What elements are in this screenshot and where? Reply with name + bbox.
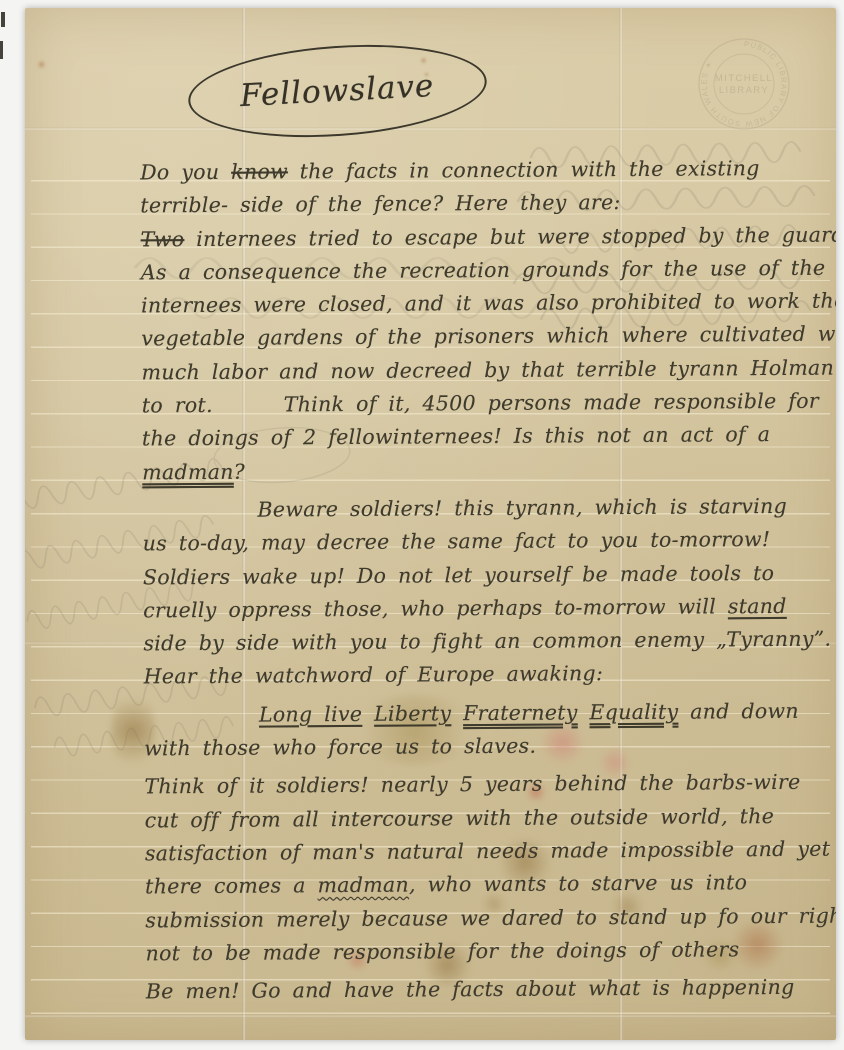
text-segment bbox=[362, 702, 374, 726]
emphasized-word: stand bbox=[728, 594, 787, 618]
text-segment: us to-day, may decree the same fact to y… bbox=[143, 527, 771, 555]
text-segment: satisfaction of man's natural needs made… bbox=[145, 837, 830, 866]
text-segment: much labor and now decreed by that terri… bbox=[141, 355, 834, 384]
letter-line: Beware soldiers! this tyrann, which is s… bbox=[142, 490, 832, 528]
text-segment: ? bbox=[234, 459, 245, 483]
title-ellipse: Fellowslave bbox=[185, 36, 490, 147]
emphasized-word: Fraternety bbox=[463, 700, 578, 725]
fold-crease-horizontal bbox=[25, 127, 836, 131]
letter-line: Two internees tried to escape but were s… bbox=[140, 218, 830, 256]
fold-crease-horizontal bbox=[25, 1014, 836, 1018]
scanned-document-page: { "colors": { "scan_background": "#f4f4f… bbox=[0, 0, 844, 1050]
letter-paragraph: Beware soldiers! this tyrann, which is s… bbox=[142, 490, 833, 695]
letter-line: Hear the watchword of Europe awaking: bbox=[144, 656, 834, 694]
emphasized-word: madman bbox=[142, 459, 234, 484]
letter-line: Long live Liberty Fraternety Equality an… bbox=[144, 694, 834, 732]
letter-line: much labor and now decreed by that terri… bbox=[141, 351, 831, 389]
text-segment: Soldiers wake up! Do not let yourself be… bbox=[143, 561, 774, 589]
emphasized-word: Two bbox=[141, 227, 185, 251]
emphasized-word: Liberty bbox=[374, 701, 451, 726]
page-edge-mark bbox=[0, 41, 3, 59]
text-segment: to rot. Think of it, 4500 persons made r… bbox=[142, 389, 819, 418]
letter-paragraph: Think of it soldiers! nearly 5 years beh… bbox=[144, 766, 835, 971]
text-segment: submission merely because we dared to st… bbox=[145, 903, 836, 932]
emphasized-word: know bbox=[231, 159, 288, 183]
letter-line: to rot. Think of it, 4500 persons made r… bbox=[142, 385, 832, 423]
text-segment: internees were closed, and it was also p… bbox=[141, 289, 836, 318]
letter-line: madman? bbox=[142, 451, 832, 489]
letter-line: Be men! Go and have the facts about what… bbox=[146, 971, 836, 1009]
letter-line: side by side with you to fight an common… bbox=[143, 623, 833, 661]
letter-line: vegetable gardens of the prisoners which… bbox=[141, 318, 831, 356]
text-segment: and down bbox=[678, 699, 799, 724]
letter-line: there comes a madman, who wants to starv… bbox=[145, 866, 835, 904]
text-segment: vegetable gardens of the prisoners which… bbox=[141, 322, 836, 351]
text-segment: with those who force us to slaves. bbox=[144, 734, 536, 761]
letter-line: internees were closed, and it was also p… bbox=[141, 285, 831, 323]
text-segment: there comes a bbox=[145, 873, 318, 898]
letter-line: cut off from all intercourse with the ou… bbox=[145, 799, 835, 837]
letter-line: cruelly oppress those, who perhaps to-mo… bbox=[143, 589, 833, 627]
letter-paper: PUBLIC LIBRARY OF NEW SOUTH WALES ✶ MITC… bbox=[25, 8, 836, 1040]
text-segment: not to be made responsible for the doing… bbox=[146, 937, 740, 965]
svg-text:PUBLIC LIBRARY OF NEW SOUTH WA: PUBLIC LIBRARY OF NEW SOUTH WALES ✶ bbox=[699, 39, 788, 128]
letter-line: terrible- side of the fence? Here they a… bbox=[140, 185, 830, 223]
letter-line: the doings of 2 fellowinternees! Is this… bbox=[142, 418, 832, 456]
letter-line: Soldiers wake up! Do not let yourself be… bbox=[143, 556, 833, 594]
letter-paragraph: Do you know the facts in connection with… bbox=[140, 152, 832, 490]
letter-line: satisfaction of man's natural needs made… bbox=[145, 833, 835, 871]
stamp-ring-text: PUBLIC LIBRARY OF NEW SOUTH WALES ✶ bbox=[699, 39, 788, 128]
text-segment: Do you bbox=[140, 160, 231, 185]
text-segment: internees tried to escape but were stopp… bbox=[184, 222, 836, 251]
text-segment bbox=[451, 701, 463, 725]
emphasized-word: madman bbox=[317, 873, 409, 898]
stamp-center-line1: MITCHELL bbox=[715, 73, 773, 84]
text-segment: Hear the watchword of Europe awaking: bbox=[144, 662, 604, 689]
letter-line: As a consequence the recreation grounds … bbox=[141, 251, 831, 289]
letter-line: not to be made responsible for the doing… bbox=[145, 932, 835, 970]
embossed-library-stamp: PUBLIC LIBRARY OF NEW SOUTH WALES ✶ MITC… bbox=[696, 36, 792, 132]
letter-line: Do you know the facts in connection with… bbox=[140, 152, 830, 190]
text-segment: As a consequence the recreation grounds … bbox=[141, 256, 826, 285]
emphasized-word: Equality bbox=[589, 699, 678, 724]
text-segment: the doings of 2 fellowinternees! Is this… bbox=[142, 422, 770, 450]
page-edge-mark bbox=[1, 12, 5, 27]
letter-line: with those who force us to slaves. bbox=[144, 728, 834, 766]
text-segment: Think of it soldiers! nearly 5 years beh… bbox=[144, 770, 800, 799]
stamp-center-line2: LIBRARY bbox=[719, 85, 769, 96]
text-segment: cruelly oppress those, who perhaps to-mo… bbox=[143, 594, 728, 622]
emphasized-word: Long live bbox=[259, 702, 362, 727]
letter-body: Do you know the facts in connection with… bbox=[140, 152, 836, 1009]
letter-line: Think of it soldiers! nearly 5 years beh… bbox=[144, 766, 834, 804]
letter-paragraph: Long live Liberty Fraternety Equality an… bbox=[144, 694, 834, 765]
letter-line: submission merely because we dared to st… bbox=[145, 899, 835, 937]
text-segment: the facts in connection with the existin… bbox=[288, 156, 760, 183]
text-segment: , who wants to starve us into bbox=[409, 870, 747, 896]
text-segment: side by side with you to fight an common… bbox=[143, 627, 831, 656]
letter-paragraph: Be men! Go and have the facts about what… bbox=[146, 971, 836, 1009]
text-segment: Beware soldiers! this tyrann, which is s… bbox=[257, 494, 787, 522]
letter-line: us to-day, may decree the same fact to y… bbox=[143, 523, 833, 561]
text-segment: cut off from all intercourse with the ou… bbox=[145, 804, 775, 832]
letter-title: Fellowslave bbox=[240, 68, 436, 114]
text-segment: Be men! Go and have the facts about what… bbox=[146, 975, 795, 1004]
stain bbox=[37, 60, 46, 69]
text-segment bbox=[578, 700, 590, 724]
text-segment: terrible- side of the fence? Here they a… bbox=[140, 190, 620, 217]
